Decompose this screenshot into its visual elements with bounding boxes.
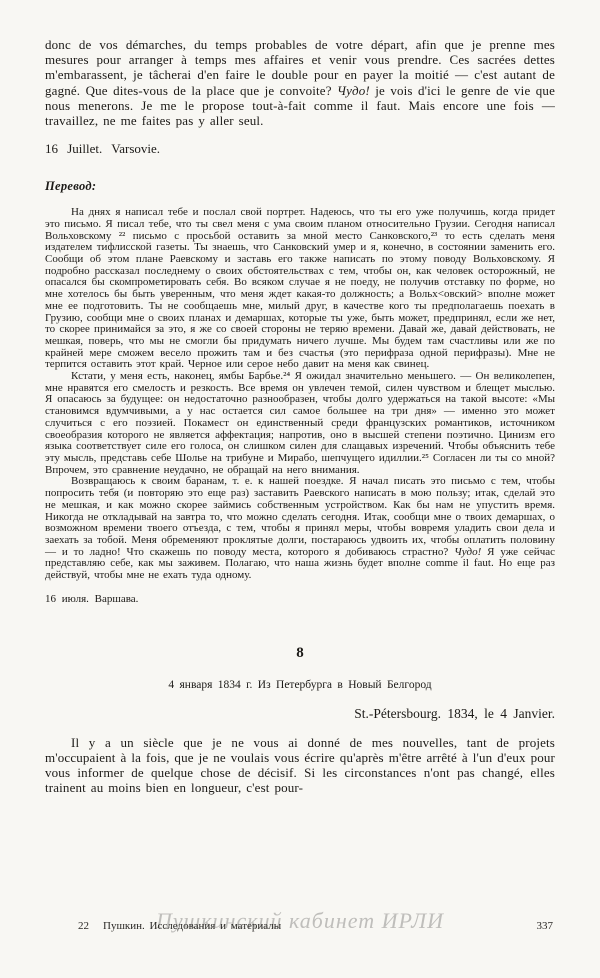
- text-block: donc de vos démarches, du temps probable…: [45, 0, 555, 796]
- russian-translation: На днях я написал тебе и послал свой пор…: [45, 207, 555, 582]
- dateline-russian: 16 июля. Варшава.: [45, 593, 555, 605]
- translation-paragraph-2: Кстати, у меня есть, наконец, ямбы Барбь…: [45, 371, 555, 476]
- dateline-french: 16 Juillet. Varsovie.: [45, 141, 555, 157]
- translation-p3-italic-chudo: Чудо!: [454, 546, 481, 558]
- french-continuation-paragraph: donc de vos démarches, du temps probable…: [45, 37, 555, 128]
- letter-heading-russian: 4 января 1834 г. Из Петербурга в Новый Б…: [45, 679, 555, 691]
- letter-place-date: St.-Pétersbourg. 1834, le 4 Janvier.: [45, 706, 555, 722]
- footer-edition-title: Пушкин. Исследования и материалы: [103, 920, 281, 932]
- translation-paragraph-3: Возвращаюсь к своим баранам, т. е. к наш…: [45, 476, 555, 581]
- letter-number-heading: 8: [45, 645, 555, 662]
- french-italic-chudo: Чудо!: [337, 83, 370, 98]
- french-letter-body: Il y a un siècle que je ne vous ai donné…: [45, 735, 555, 796]
- book-page: donc de vos démarches, du temps probable…: [0, 0, 600, 978]
- footer-page-number: 337: [537, 920, 554, 932]
- translation-label: Перевод:: [45, 179, 555, 194]
- footer-edition-number: 22: [78, 920, 89, 932]
- french-letter-paragraph: Il y a un siècle que je ne vous ai donné…: [45, 735, 555, 796]
- translation-paragraph-1: На днях я написал тебе и послал свой пор…: [45, 207, 555, 371]
- footer-edition: 22Пушкин. Исследования и материалы: [78, 920, 281, 932]
